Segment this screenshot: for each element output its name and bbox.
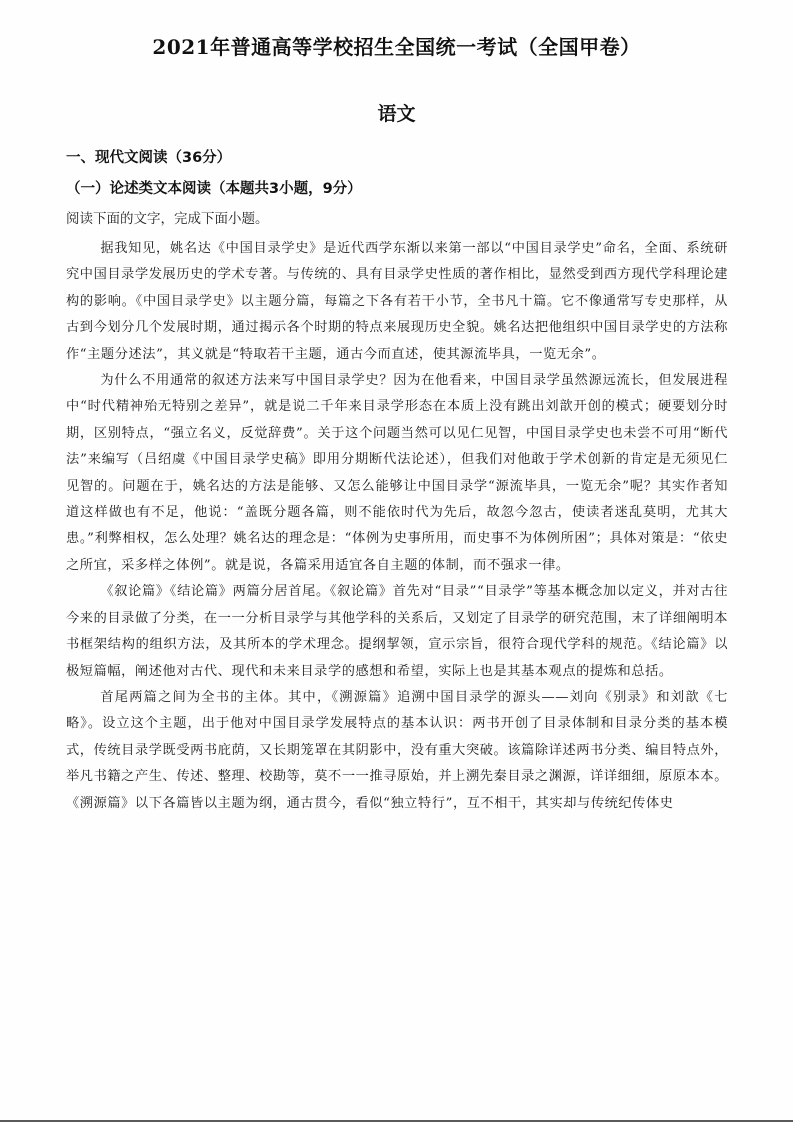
section-heading: 一、现代文阅读（36分） — [66, 148, 231, 168]
reading-passage: 据我知见，姚名达《中国目录学史》是近代西学东渐以来第一部以“中国目录学史”命名，… — [66, 236, 728, 817]
passage-paragraph-1: 据我知见，姚名达《中国目录学史》是近代西学东渐以来第一部以“中国目录学史”命名，… — [66, 236, 728, 368]
exam-page: 2021年普通高等学校招生全国统一考试（全国甲卷） 语文 一、现代文阅读（36分… — [0, 0, 793, 1120]
exam-title: 2021年普通高等学校招生全国统一考试（全国甲卷） — [0, 34, 793, 60]
subsection-heading: （一）论述类文本阅读（本题共3小题，9分） — [66, 179, 362, 199]
passage-paragraph-2: 为什么不用通常的叙述方法来写中国目录学史？因为在他看来，中国目录学虽然源远流长，… — [66, 368, 728, 579]
subject-title: 语文 — [0, 102, 793, 126]
reading-instruction: 阅读下面的文字，完成下面小题。 — [66, 209, 269, 229]
passage-paragraph-4: 首尾两篇之间为全书的主体。其中，《溯源篇》追溯中国目录学的源头——刘向《别录》和… — [66, 685, 728, 817]
passage-paragraph-3: 《叙论篇》《结论篇》两篇分居首尾。《叙论篇》首先对“目录”“目录学”等基本概念加… — [66, 579, 728, 685]
